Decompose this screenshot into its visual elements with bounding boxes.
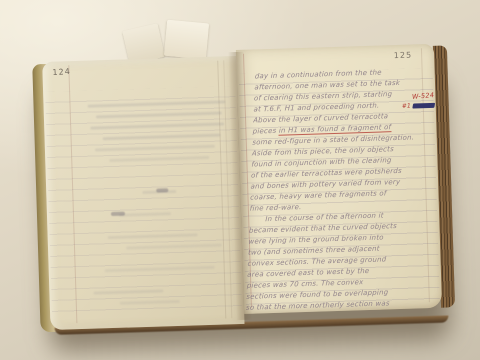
ink-smudge (111, 212, 125, 216)
item-number: #1 (402, 103, 411, 110)
margin-annotation: W-524 #1 (401, 93, 434, 110)
catalog-number: W-524 (401, 92, 434, 102)
photograph-of-open-notebook: 124 125 day in a continuation fr (0, 0, 480, 360)
page-number-left: 124 (52, 67, 71, 77)
right-page: 125 day in a continuation from the theaf… (236, 44, 442, 314)
paper-tab-right (164, 20, 209, 60)
ink-smudge (156, 188, 168, 192)
crossed-out-scribble (412, 103, 435, 109)
notebook: 124 125 day in a continuation fr (29, 28, 448, 335)
left-page: 124 (42, 56, 244, 330)
page-number-right: 125 (394, 51, 413, 61)
